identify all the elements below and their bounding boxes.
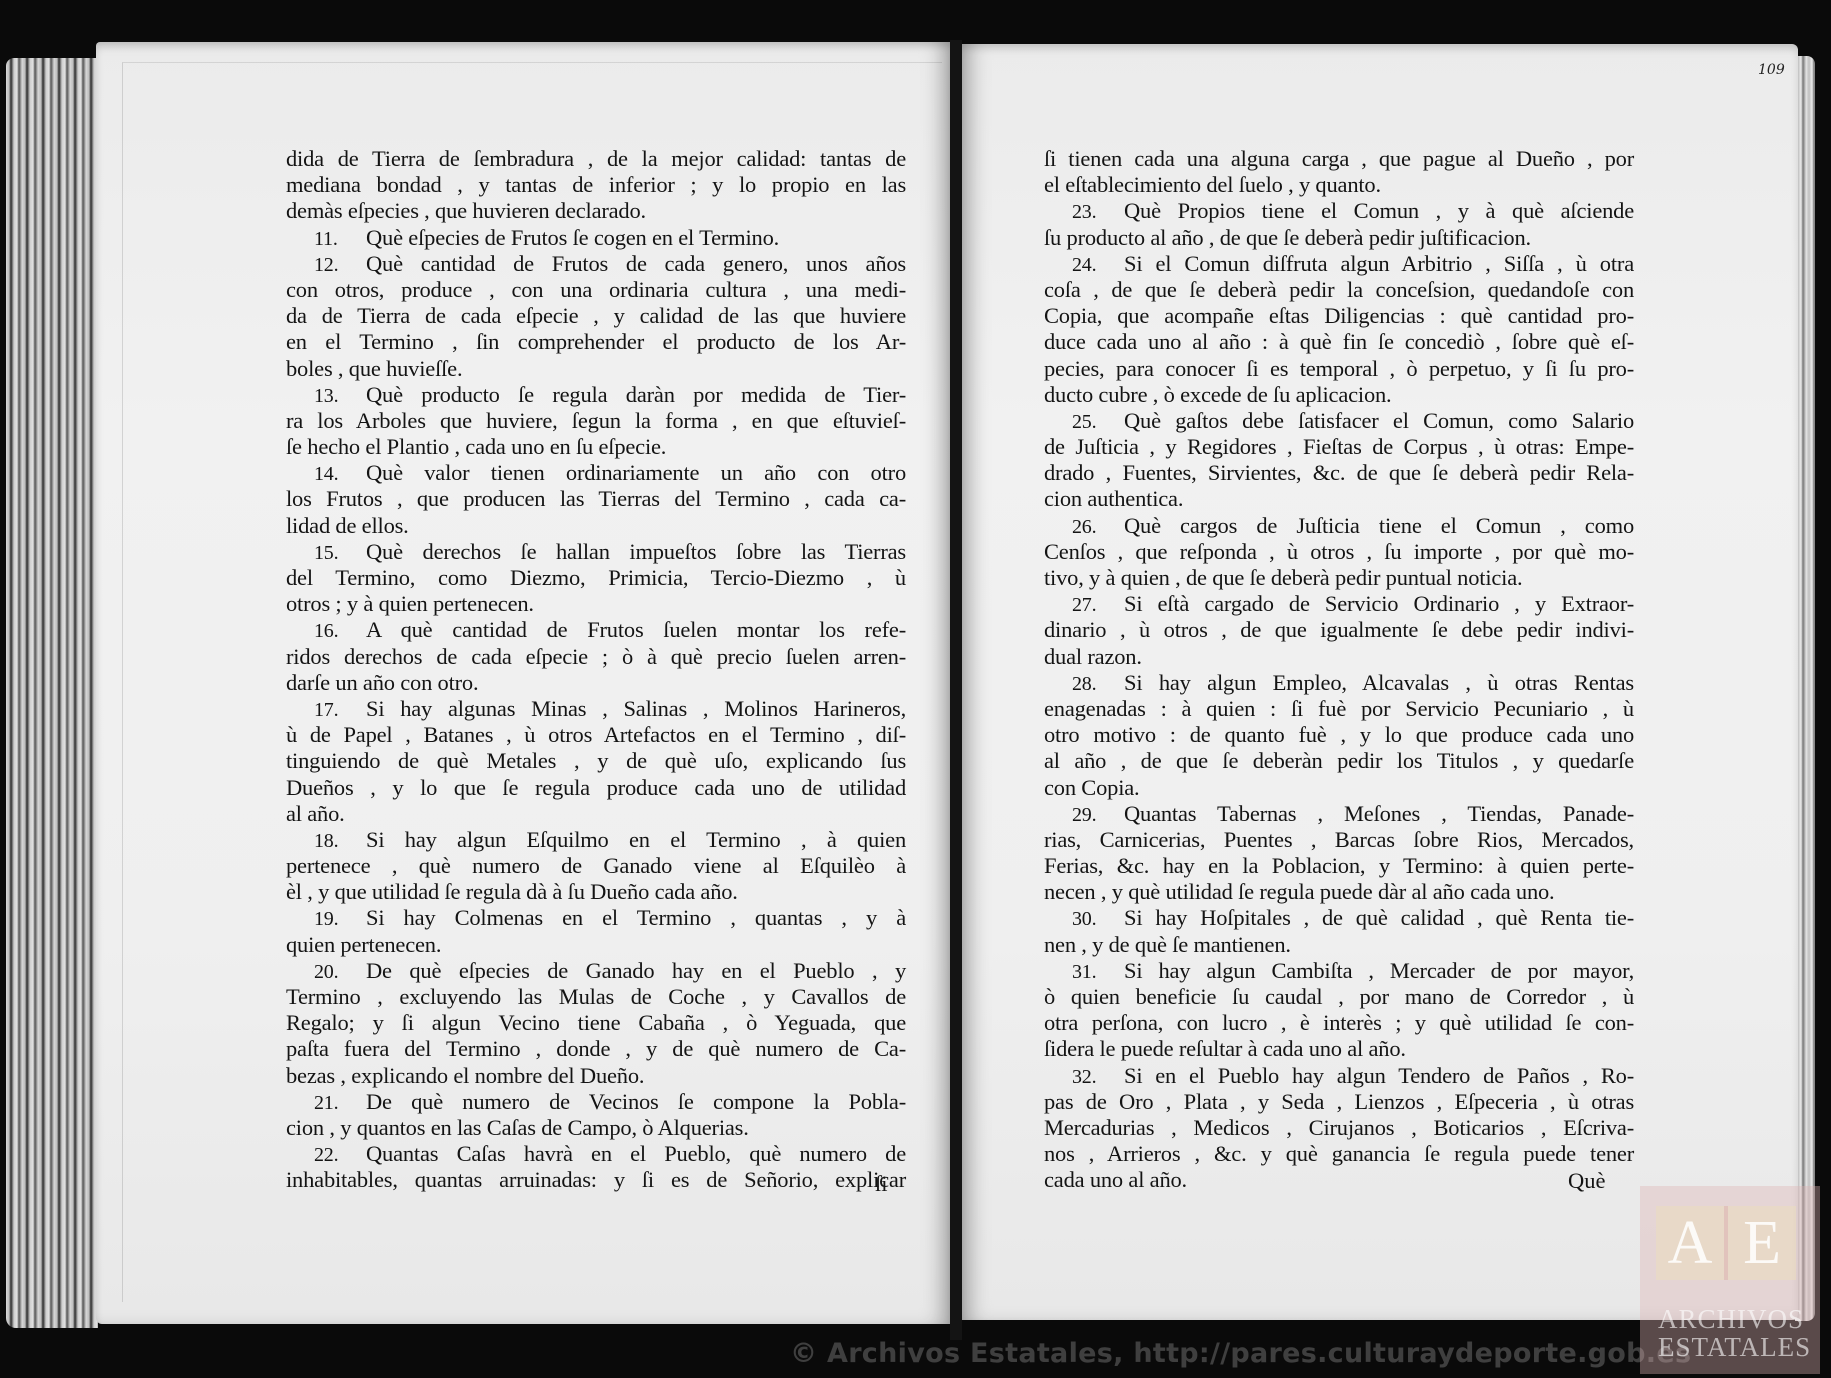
text-line: èl , y que utilidad ſe regula dà à ſu Du… bbox=[286, 879, 906, 905]
text-line: los Frutos , que producen las Tierras de… bbox=[286, 486, 906, 512]
text-line: Termino , excluyendo las Mulas de Coche … bbox=[286, 984, 906, 1010]
item-number: 32. bbox=[1072, 1064, 1124, 1090]
text-line: inhabitables, quantas arruinadas: y ſi e… bbox=[286, 1167, 906, 1193]
text-line: tinguiendo de què Metales , y de què uſo… bbox=[286, 748, 906, 774]
logo-letter-e: E bbox=[1728, 1206, 1796, 1280]
item-number: 27. bbox=[1072, 592, 1124, 618]
logo-line-1: ARCHIVOS bbox=[1658, 1304, 1818, 1335]
text-line: ſi tienen cada una alguna carga , que pa… bbox=[1044, 146, 1634, 172]
text-line: ſu producto al año , de que ſe deberà pe… bbox=[1044, 225, 1634, 251]
text-line: 16.A què cantidad de Frutos ſuelen monta… bbox=[286, 617, 906, 643]
book-gutter bbox=[950, 40, 962, 1340]
text-line: rias, Carnicerias, Puentes , Barcas ſobr… bbox=[1044, 827, 1634, 853]
text-line: 15.Què derechos ſe hallan impueſtos ſobr… bbox=[286, 539, 906, 565]
text-line: 32.Si en el Pueblo hay algun Tendero de … bbox=[1044, 1063, 1634, 1089]
text-line: 27.Si eſtà cargado de Servicio Ordinario… bbox=[1044, 591, 1634, 617]
copyright-watermark: © Archivos Estatales, http://pares.cultu… bbox=[790, 1338, 1691, 1369]
text-line: paſta fuera del Termino , donde , y de q… bbox=[286, 1036, 906, 1062]
text-line: 21.De què numero de Vecinos ſe compone l… bbox=[286, 1089, 906, 1115]
text-line: darſe un año con otro. bbox=[286, 670, 906, 696]
book-fore-edge-left bbox=[6, 58, 98, 1328]
left-catchword: ſi bbox=[875, 1171, 888, 1197]
item-number: 31. bbox=[1072, 959, 1124, 985]
logo-line-2: ESTATALES bbox=[1658, 1332, 1818, 1363]
text-line: cada uno al año. bbox=[1044, 1167, 1634, 1193]
item-number: 17. bbox=[314, 697, 366, 723]
item-number: 18. bbox=[314, 828, 366, 854]
item-number: 19. bbox=[314, 906, 366, 932]
text-line: cion , y quantos en las Caſas de Campo, … bbox=[286, 1115, 906, 1141]
text-line: ridos derechos de cada eſpecie ; ò à què… bbox=[286, 644, 906, 670]
text-line: boles , que huvieſſe. bbox=[286, 356, 906, 382]
text-line: necen , y què utilidad ſe regula puede d… bbox=[1044, 879, 1634, 905]
item-number: 26. bbox=[1072, 514, 1124, 540]
item-number: 24. bbox=[1072, 252, 1124, 278]
text-line: 19.Si hay Colmenas en el Termino , quant… bbox=[286, 905, 906, 931]
text-line: de Juſticia , y Regidores , Fieſtas de C… bbox=[1044, 434, 1634, 460]
text-line: pertenece , què numero de Ganado viene a… bbox=[286, 853, 906, 879]
logo-letters: A E bbox=[1656, 1206, 1796, 1280]
text-line: 11.Què eſpecies de Frutos ſe cogen en el… bbox=[286, 225, 906, 251]
text-line: dida de Tierra de ſembradura , de la mej… bbox=[286, 146, 906, 172]
item-number: 22. bbox=[314, 1142, 366, 1168]
item-number: 16. bbox=[314, 618, 366, 644]
right-catchword: Què bbox=[1568, 1168, 1606, 1194]
text-line: otro motivo : de quanto fuè , y lo que p… bbox=[1044, 722, 1634, 748]
text-line: drado , Fuentes, Sirvientes, &c. de que … bbox=[1044, 460, 1634, 486]
text-line: 22.Quantas Caſas havrà en el Pueblo, què… bbox=[286, 1141, 906, 1167]
text-line: enagenadas : à quien : ſi fuè por Servic… bbox=[1044, 696, 1634, 722]
text-line: al año , de que ſe deberàn pedir los Tit… bbox=[1044, 748, 1634, 774]
text-line: 14.Què valor tienen ordinariamente un añ… bbox=[286, 460, 906, 486]
text-line: 18.Si hay algun Eſquilmo en el Termino ,… bbox=[286, 827, 906, 853]
text-line: 12.Què cantidad de Frutos de cada genero… bbox=[286, 251, 906, 277]
text-line: con otros, produce , con una ordinaria c… bbox=[286, 277, 906, 303]
text-line: al año. bbox=[286, 801, 906, 827]
item-number: 13. bbox=[314, 383, 366, 409]
text-line: dinario , ù otros , de que igualmente ſe… bbox=[1044, 617, 1634, 643]
item-number: 12. bbox=[314, 252, 366, 278]
text-line: ducto cubre , ò excede de ſu aplicacion. bbox=[1044, 382, 1634, 408]
text-line: bezas , explicando el nombre del Dueño. bbox=[286, 1063, 906, 1089]
text-line: 17.Si hay algunas Minas , Salinas , Moli… bbox=[286, 696, 906, 722]
text-line: Regalo; y ſi algun Vecino tiene Cabaña ,… bbox=[286, 1010, 906, 1036]
text-line: nos , Arrieros , &c. y què ganancia ſe r… bbox=[1044, 1141, 1634, 1167]
text-line: con Copia. bbox=[1044, 775, 1634, 801]
archive-logo: A E ARCHIVOS ESTATALES bbox=[1640, 1186, 1820, 1374]
text-line: otros ; y à quien pertenecen. bbox=[286, 591, 906, 617]
item-number: 15. bbox=[314, 540, 366, 566]
text-line: 30.Si hay Hoſpitales , de què calidad , … bbox=[1044, 905, 1634, 931]
text-line: ù de Papel , Batanes , ù otros Artefacto… bbox=[286, 722, 906, 748]
text-line: ſe hecho el Plantio , cada uno en ſu eſp… bbox=[286, 434, 906, 460]
text-line: da de Tierra de cada eſpecie , y calidad… bbox=[286, 303, 906, 329]
text-line: ſidera le puede reſultar à cada uno al a… bbox=[1044, 1036, 1634, 1062]
text-line: del Termino, como Diezmo, Primicia, Terc… bbox=[286, 565, 906, 591]
text-line: Mercadurias , Medicos , Cirujanos , Boti… bbox=[1044, 1115, 1634, 1141]
text-line: el eſtablecimiento del ſuelo , y quanto. bbox=[1044, 172, 1634, 198]
item-number: 21. bbox=[314, 1090, 366, 1116]
text-line: quien pertenecen. bbox=[286, 932, 906, 958]
text-line: Copia, que acompañe eſtas Diligencias : … bbox=[1044, 303, 1634, 329]
text-line: Ferias, &c. hay en la Poblacion, y Termi… bbox=[1044, 853, 1634, 879]
logo-letter-a: A bbox=[1656, 1206, 1724, 1280]
item-number: 14. bbox=[314, 461, 366, 487]
book-fore-edge-right bbox=[1795, 56, 1815, 1321]
item-number: 30. bbox=[1072, 906, 1124, 932]
text-line: pas de Oro , Plata , y Seda , Lienzos , … bbox=[1044, 1089, 1634, 1115]
item-number: 11. bbox=[314, 226, 366, 252]
left-page-text: dida de Tierra de ſembradura , de la mej… bbox=[286, 146, 906, 1194]
folio-number: 109 bbox=[1758, 62, 1785, 78]
text-line: duce cada uno al año : à què fin ſe conc… bbox=[1044, 329, 1634, 355]
text-line: demàs eſpecies , que huvieren declarado. bbox=[286, 198, 906, 224]
text-line: 13.Què producto ſe regula daràn por medi… bbox=[286, 382, 906, 408]
text-line: 25.Què gaſtos debe ſatisfacer el Comun, … bbox=[1044, 408, 1634, 434]
text-line: dual razon. bbox=[1044, 644, 1634, 670]
text-line: 23.Què Propios tiene el Comun , y à què … bbox=[1044, 198, 1634, 224]
text-line: cion authentica. bbox=[1044, 486, 1634, 512]
text-line: pecies, para conocer ſi es temporal , ò … bbox=[1044, 356, 1634, 382]
right-page-text: ſi tienen cada una alguna carga , que pa… bbox=[1044, 146, 1634, 1194]
text-line: 29.Quantas Tabernas , Meſones , Tiendas,… bbox=[1044, 801, 1634, 827]
text-line: 31.Si hay algun Cambiſta , Mercader de p… bbox=[1044, 958, 1634, 984]
text-line: tivo, y à quien , de que ſe deberà pedir… bbox=[1044, 565, 1634, 591]
text-line: Dueños , y lo que ſe regula produce cada… bbox=[286, 775, 906, 801]
text-line: Cenſos , que reſponda , ù otros , ſu imp… bbox=[1044, 539, 1634, 565]
text-line: 28.Si hay algun Empleo, Alcavalas , ù ot… bbox=[1044, 670, 1634, 696]
text-line: en el Termino , ſin comprehender el prod… bbox=[286, 329, 906, 355]
text-line: otra perſona, con lucro , è interès ; y … bbox=[1044, 1010, 1634, 1036]
text-line: 20.De què eſpecies de Ganado hay en el P… bbox=[286, 958, 906, 984]
text-line: mediana bondad , y tantas de inferior ; … bbox=[286, 172, 906, 198]
text-line: lidad de ellos. bbox=[286, 513, 906, 539]
item-number: 29. bbox=[1072, 802, 1124, 828]
item-number: 23. bbox=[1072, 199, 1124, 225]
text-line: 26.Què cargos de Juſticia tiene el Comun… bbox=[1044, 513, 1634, 539]
item-number: 20. bbox=[314, 959, 366, 985]
text-line: ra los Arboles que huviere, ſegun la for… bbox=[286, 408, 906, 434]
text-line: nen , y de què ſe mantienen. bbox=[1044, 932, 1634, 958]
text-line: 24.Si el Comun diſfruta algun Arbitrio ,… bbox=[1044, 251, 1634, 277]
text-line: coſa , de que ſe deberà pedir la conceſs… bbox=[1044, 277, 1634, 303]
item-number: 25. bbox=[1072, 409, 1124, 435]
item-number: 28. bbox=[1072, 671, 1124, 697]
text-line: ò quien beneficie ſu caudal , por mano d… bbox=[1044, 984, 1634, 1010]
